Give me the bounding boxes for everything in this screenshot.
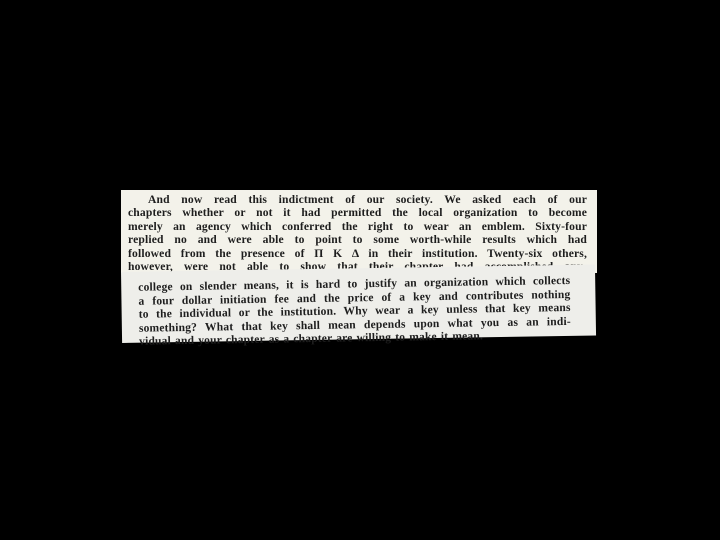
paragraph-line: And now read this indictment of our soci… xyxy=(128,193,587,206)
paragraph-line: followed from the presence of Π K Δ in t… xyxy=(128,247,587,260)
paragraph-line: chapters whether or not it had permitted… xyxy=(128,206,587,219)
paragraph-line: replied no and were able to point to som… xyxy=(128,233,587,246)
document-stage: And now read this indictment of our soci… xyxy=(0,0,720,540)
upper-text-clipping: And now read this indictment of our soci… xyxy=(121,190,597,273)
lower-text-clipping: college on slender means, it is hard to … xyxy=(121,265,596,343)
paragraph-line: merely an agency which conferred the rig… xyxy=(128,220,587,233)
